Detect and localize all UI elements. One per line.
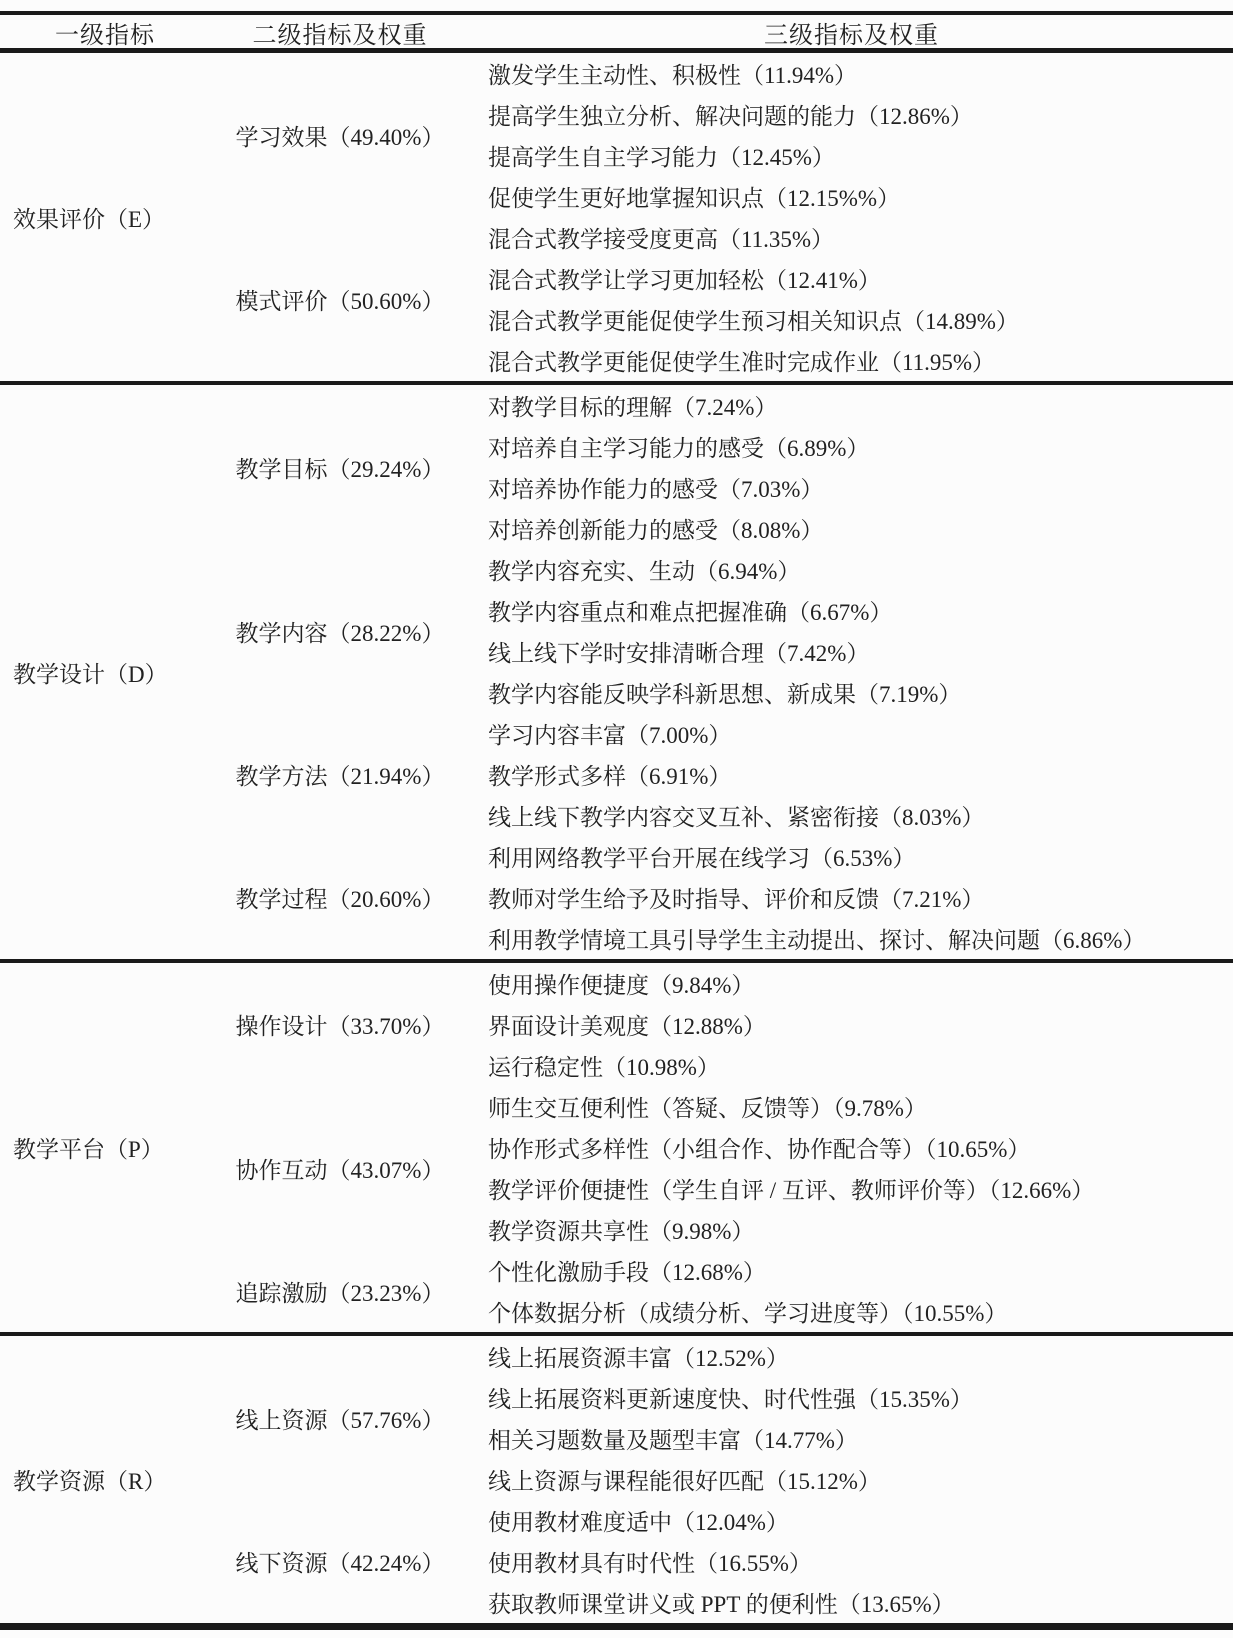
level2-cell: 教学内容（28.22%） <box>210 549 470 713</box>
level3-item: 使用教材具有时代性（16.55%） <box>470 1541 1233 1582</box>
level3-item: 线上拓展资源丰富（12.52%） <box>470 1336 1233 1377</box>
section-4: 教学资源（R）线上资源（57.76%）线上拓展资源丰富（12.52%）线上拓展资… <box>0 1332 1233 1623</box>
header-level2-indicator-weight: 二级指标及权重 <box>210 15 470 50</box>
level2-cell: 模式评价（50.60%） <box>210 217 470 381</box>
level3-item: 相关习题数量及题型丰富（14.77%） <box>470 1418 1233 1459</box>
level3-item: 运行稳定性（10.98%） <box>470 1045 1233 1086</box>
level3-item: 对教学目标的理解（7.24%） <box>470 385 1233 426</box>
level2-cell: 教学方法（21.94%） <box>210 713 470 836</box>
level3-item: 个体数据分析（成绩分析、学习进度等）（10.55%） <box>470 1291 1233 1332</box>
level3-item: 利用网络教学平台开展在线学习（6.53%） <box>470 836 1233 877</box>
level1-cell: 教学资源（R） <box>0 1336 210 1623</box>
level3-item: 学习内容丰富（7.00%） <box>470 713 1233 754</box>
indicator-weight-table: 一级指标 二级指标及权重 三级指标及权重 效果评价（E）学习效果（49.40%）… <box>0 11 1233 1630</box>
level3-item: 促使学生更好地掌握知识点（12.15%%） <box>470 176 1233 217</box>
level3-item: 使用教材难度适中（12.04%） <box>470 1500 1233 1541</box>
level3-item: 线上拓展资料更新速度快、时代性强（15.35%） <box>470 1377 1233 1418</box>
table-header-row: 一级指标 二级指标及权重 三级指标及权重 <box>0 15 1233 53</box>
table-body: 效果评价（E）学习效果（49.40%）激发学生主动性、积极性（11.94%）提高… <box>0 53 1233 1623</box>
level2-cell: 教学目标（29.24%） <box>210 385 470 549</box>
level3-item: 获取教师课堂讲义或 PPT 的便利性（13.65%） <box>470 1582 1233 1623</box>
level1-cell: 效果评价（E） <box>0 53 210 381</box>
level3-item: 线上线下教学内容交叉互补、紧密衔接（8.03%） <box>470 795 1233 836</box>
level3-item: 提高学生独立分析、解决问题的能力（12.86%） <box>470 94 1233 135</box>
section-1: 效果评价（E）学习效果（49.40%）激发学生主动性、积极性（11.94%）提高… <box>0 53 1233 381</box>
level1-cell: 教学设计（D） <box>0 385 210 959</box>
header-level3-indicator-weight: 三级指标及权重 <box>470 15 1233 50</box>
level3-item: 协作形式多样性（小组合作、协作配合等）（10.65%） <box>470 1127 1233 1168</box>
level3-item: 师生交互便利性（答疑、反馈等）（9.78%） <box>470 1086 1233 1127</box>
header-level1-indicator: 一级指标 <box>0 15 210 50</box>
level3-item: 界面设计美观度（12.88%） <box>470 1004 1233 1045</box>
level3-item: 激发学生主动性、积极性（11.94%） <box>470 53 1233 94</box>
level3-item: 教学内容能反映学科新思想、新成果（7.19%） <box>470 672 1233 713</box>
level2-cell: 学习效果（49.40%） <box>210 53 470 217</box>
level1-cell: 教学平台（P） <box>0 963 210 1332</box>
level3-item: 对培养自主学习能力的感受（6.89%） <box>470 426 1233 467</box>
level3-item: 教学形式多样（6.91%） <box>470 754 1233 795</box>
level2-cell: 追踪激励（23.23%） <box>210 1250 470 1332</box>
level3-item: 个性化激励手段（12.68%） <box>470 1250 1233 1291</box>
level3-item: 教学内容重点和难点把握准确（6.67%） <box>470 590 1233 631</box>
level3-item: 线上线下学时安排清晰合理（7.42%） <box>470 631 1233 672</box>
level3-item: 教学内容充实、生动（6.94%） <box>470 549 1233 590</box>
level3-item: 混合式教学接受度更高（11.35%） <box>470 217 1233 258</box>
level3-item: 教师对学生给予及时指导、评价和反馈（7.21%） <box>470 877 1233 918</box>
level3-item: 教学评价便捷性（学生自评 / 互评、教师评价等）（12.66%） <box>470 1168 1233 1209</box>
level3-item: 提高学生自主学习能力（12.45%） <box>470 135 1233 176</box>
level2-cell: 教学过程（20.60%） <box>210 836 470 959</box>
section-2: 教学设计（D）教学目标（29.24%）对教学目标的理解（7.24%）对培养自主学… <box>0 381 1233 959</box>
section-3: 教学平台（P）操作设计（33.70%）使用操作便捷度（9.84%）界面设计美观度… <box>0 959 1233 1332</box>
level2-cell: 线下资源（42.24%） <box>210 1500 470 1623</box>
level3-item: 混合式教学更能促使学生预习相关知识点（14.89%） <box>470 299 1233 340</box>
level3-item: 教学资源共享性（9.98%） <box>470 1209 1233 1250</box>
level2-cell: 线上资源（57.76%） <box>210 1336 470 1500</box>
level3-item: 利用教学情境工具引导学生主动提出、探讨、解决问题（6.86%） <box>470 918 1233 959</box>
level2-cell: 操作设计（33.70%） <box>210 963 470 1086</box>
level3-item: 使用操作便捷度（9.84%） <box>470 963 1233 1004</box>
paper-page: 一级指标 二级指标及权重 三级指标及权重 效果评价（E）学习效果（49.40%）… <box>0 0 1233 1638</box>
level3-item: 对培养协作能力的感受（7.03%） <box>470 467 1233 508</box>
level3-item: 线上资源与课程能很好匹配（15.12%） <box>470 1459 1233 1500</box>
level3-item: 混合式教学让学习更加轻松（12.41%） <box>470 258 1233 299</box>
level3-item: 对培养创新能力的感受（8.08%） <box>470 508 1233 549</box>
level2-cell: 协作互动（43.07%） <box>210 1086 470 1250</box>
level3-item: 混合式教学更能促使学生准时完成作业（11.95%） <box>470 340 1233 381</box>
